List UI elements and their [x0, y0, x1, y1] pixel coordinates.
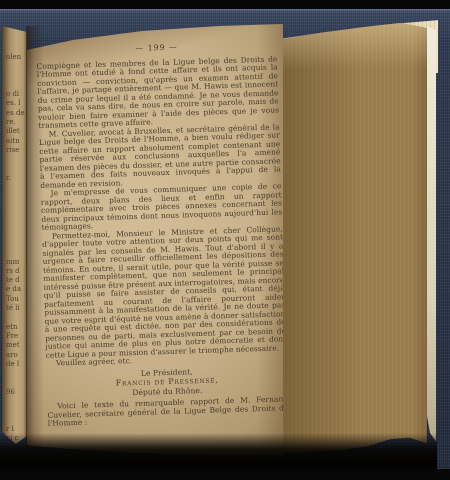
- cover-top-highlight: [0, 9, 450, 12]
- body-paragraph: M. Cuvelier, avocat à Bruxelles, et secr…: [39, 123, 282, 190]
- body-paragraph: Permettez-moi, Monsieur le Ministre et c…: [42, 225, 287, 360]
- previous-page-text-fragments: olen o di es. l es de re. illet aitn ris…: [6, 53, 25, 443]
- page-bottom-shadow: [0, 433, 437, 469]
- page-text-block: — 199 — Compiègne et les membres de la L…: [36, 40, 289, 428]
- page-block-fore-edge: [278, 23, 427, 453]
- previous-page-sliver: olen o di es. l es de re. illet aitn ris…: [2, 26, 27, 444]
- body-paragraph: Compiègne et les membres de la Ligue bel…: [36, 55, 279, 131]
- page-number-header: — 199 —: [36, 40, 277, 56]
- book-page: — 199 — Compiègne et les membres de la L…: [27, 24, 283, 456]
- footer-paragraph: Voici le texte du remarquable rapport de…: [47, 396, 289, 429]
- book-photo: olen o di es. l es de re. illet aitn ris…: [0, 0, 450, 480]
